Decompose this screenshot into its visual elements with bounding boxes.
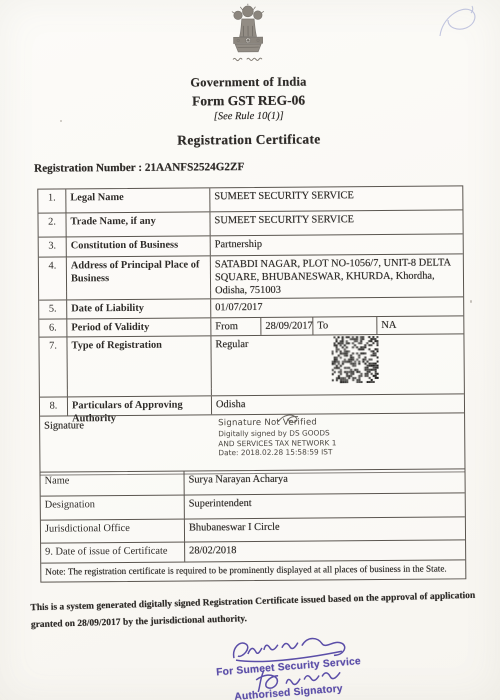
registration-number-line: Registration Number : 21AANFS2524G2ZF <box>34 161 244 175</box>
row-value: SUMEET SECURITY SERVICE <box>210 186 462 211</box>
row-label: 9. Date of issue of Certificate <box>41 543 185 563</box>
row-number: 2. <box>38 213 66 236</box>
form-number-heading: Form GST REG-06 <box>0 91 499 111</box>
row-label: Trade Name, if any <box>66 212 210 236</box>
row-label: Name <box>41 472 185 496</box>
certificate-title: Registration Certificate <box>0 130 499 150</box>
signature-label: Signature <box>40 415 218 474</box>
table-row-jurisdictional-office: Jurisdictional Office Bhubaneswar I Circ… <box>41 517 465 543</box>
authorised-signatory-stamp: For Sumeet Security Service Authorised S… <box>208 635 388 700</box>
validity-subcolumns: From 28/09/2017 To NA <box>211 316 463 335</box>
row-number: 6. <box>39 319 67 336</box>
row-number: 8. <box>40 397 68 415</box>
qr-code <box>331 336 378 383</box>
row-label: Legal Name <box>66 188 210 212</box>
row-value: Partnership <box>211 234 463 255</box>
digitally-signed-line: Digitally signed by DS GOODS <box>218 428 336 439</box>
row-number: 1. <box>38 189 66 212</box>
validity-to-value: NA <box>377 316 463 334</box>
row-number: 4. <box>39 257 67 291</box>
row-value: Surya Narayan Acharya <box>185 469 465 494</box>
table-row-trade-name: 2. Trade Name, if any SUMEET SECURITY SE… <box>38 210 462 237</box>
issuing-officer-table: Name Surya Narayan Acharya Designation S… <box>39 468 466 582</box>
row-number: 3. <box>39 237 67 256</box>
row-number: 7. <box>39 337 67 389</box>
table-row-address: 4. Address of Principal Place of Busines… <box>39 254 463 291</box>
table-row-type-of-registration: 7. Type of Registration Regular <box>39 334 463 389</box>
row-value: Odisha <box>212 394 464 414</box>
validity-to-label: To <box>313 317 377 335</box>
registration-details-table: 1. Legal Name SUMEET SECURITY SERVICE 2.… <box>37 185 465 475</box>
spacer-cell <box>68 388 212 396</box>
row-label: Jurisdictional Office <box>41 520 185 543</box>
table-row-officer-name: Name Surya Narayan Acharya <box>41 469 465 496</box>
row-value: 01/07/2017 <box>211 297 463 317</box>
row-label: Particulars of Approving Authority <box>68 396 212 415</box>
table-row-legal-name: 1. Legal Name SUMEET SECURITY SERVICE <box>38 186 462 213</box>
row-number: 5. <box>39 300 67 318</box>
registration-number-value: 21AANFS2524G2ZF <box>145 161 245 174</box>
note-row: Note: The registration certificate is re… <box>41 560 465 581</box>
display-note: Note: The registration certificate is re… <box>41 560 451 581</box>
row-value: SUMEET SECURITY SERVICE <box>210 210 462 235</box>
row-label: Period of Validity <box>67 318 211 336</box>
table-row-designation: Designation Superintendent <box>41 493 465 520</box>
signature-date-line: Date: 2018.02.28 15:58:59 IST <box>218 448 336 459</box>
row-label: Type of Registration <box>67 336 211 389</box>
spacer-cell <box>40 389 68 396</box>
system-generated-statement: This is a system generated digitally sig… <box>30 588 483 634</box>
row-value: Regular <box>215 339 248 350</box>
row-label: Designation <box>41 496 185 520</box>
registration-number-label: Registration Number : <box>34 162 142 175</box>
satyameva-jayate-motto <box>233 58 262 61</box>
row-label: Address of Principal Place of Business <box>67 256 211 291</box>
rule-reference: [See Rule 10(1)] <box>0 109 499 124</box>
emblem-of-india <box>222 3 275 67</box>
signature-row: Signature Signature Not Verified Digital… <box>40 413 464 474</box>
validity-from-value: 28/09/2017 <box>261 318 313 335</box>
type-of-registration-cell: Regular <box>211 334 463 388</box>
signature-validity-squiggle <box>276 413 302 425</box>
row-value: SATABDI NAGAR, PLOT NO-1056/7, UNIT-8 DE… <box>211 254 463 290</box>
row-label: Constitution of Business <box>67 236 211 256</box>
validity-from-label: From <box>211 318 261 335</box>
row-value: Bhubaneswar I Circle <box>185 517 465 541</box>
certificate-page: Government of India Form GST REG-06 [See… <box>0 0 500 700</box>
row-value: 28/02/2018 <box>185 540 465 561</box>
government-of-india-heading: Government of India <box>0 73 499 92</box>
row-value: Superintendent <box>185 493 465 518</box>
spacer-cell <box>39 291 67 299</box>
digital-signature-block: Signature Not Verified Digitally signed … <box>218 414 337 473</box>
spacer-cell <box>67 290 211 299</box>
row-label: Date of Liability <box>67 299 211 318</box>
